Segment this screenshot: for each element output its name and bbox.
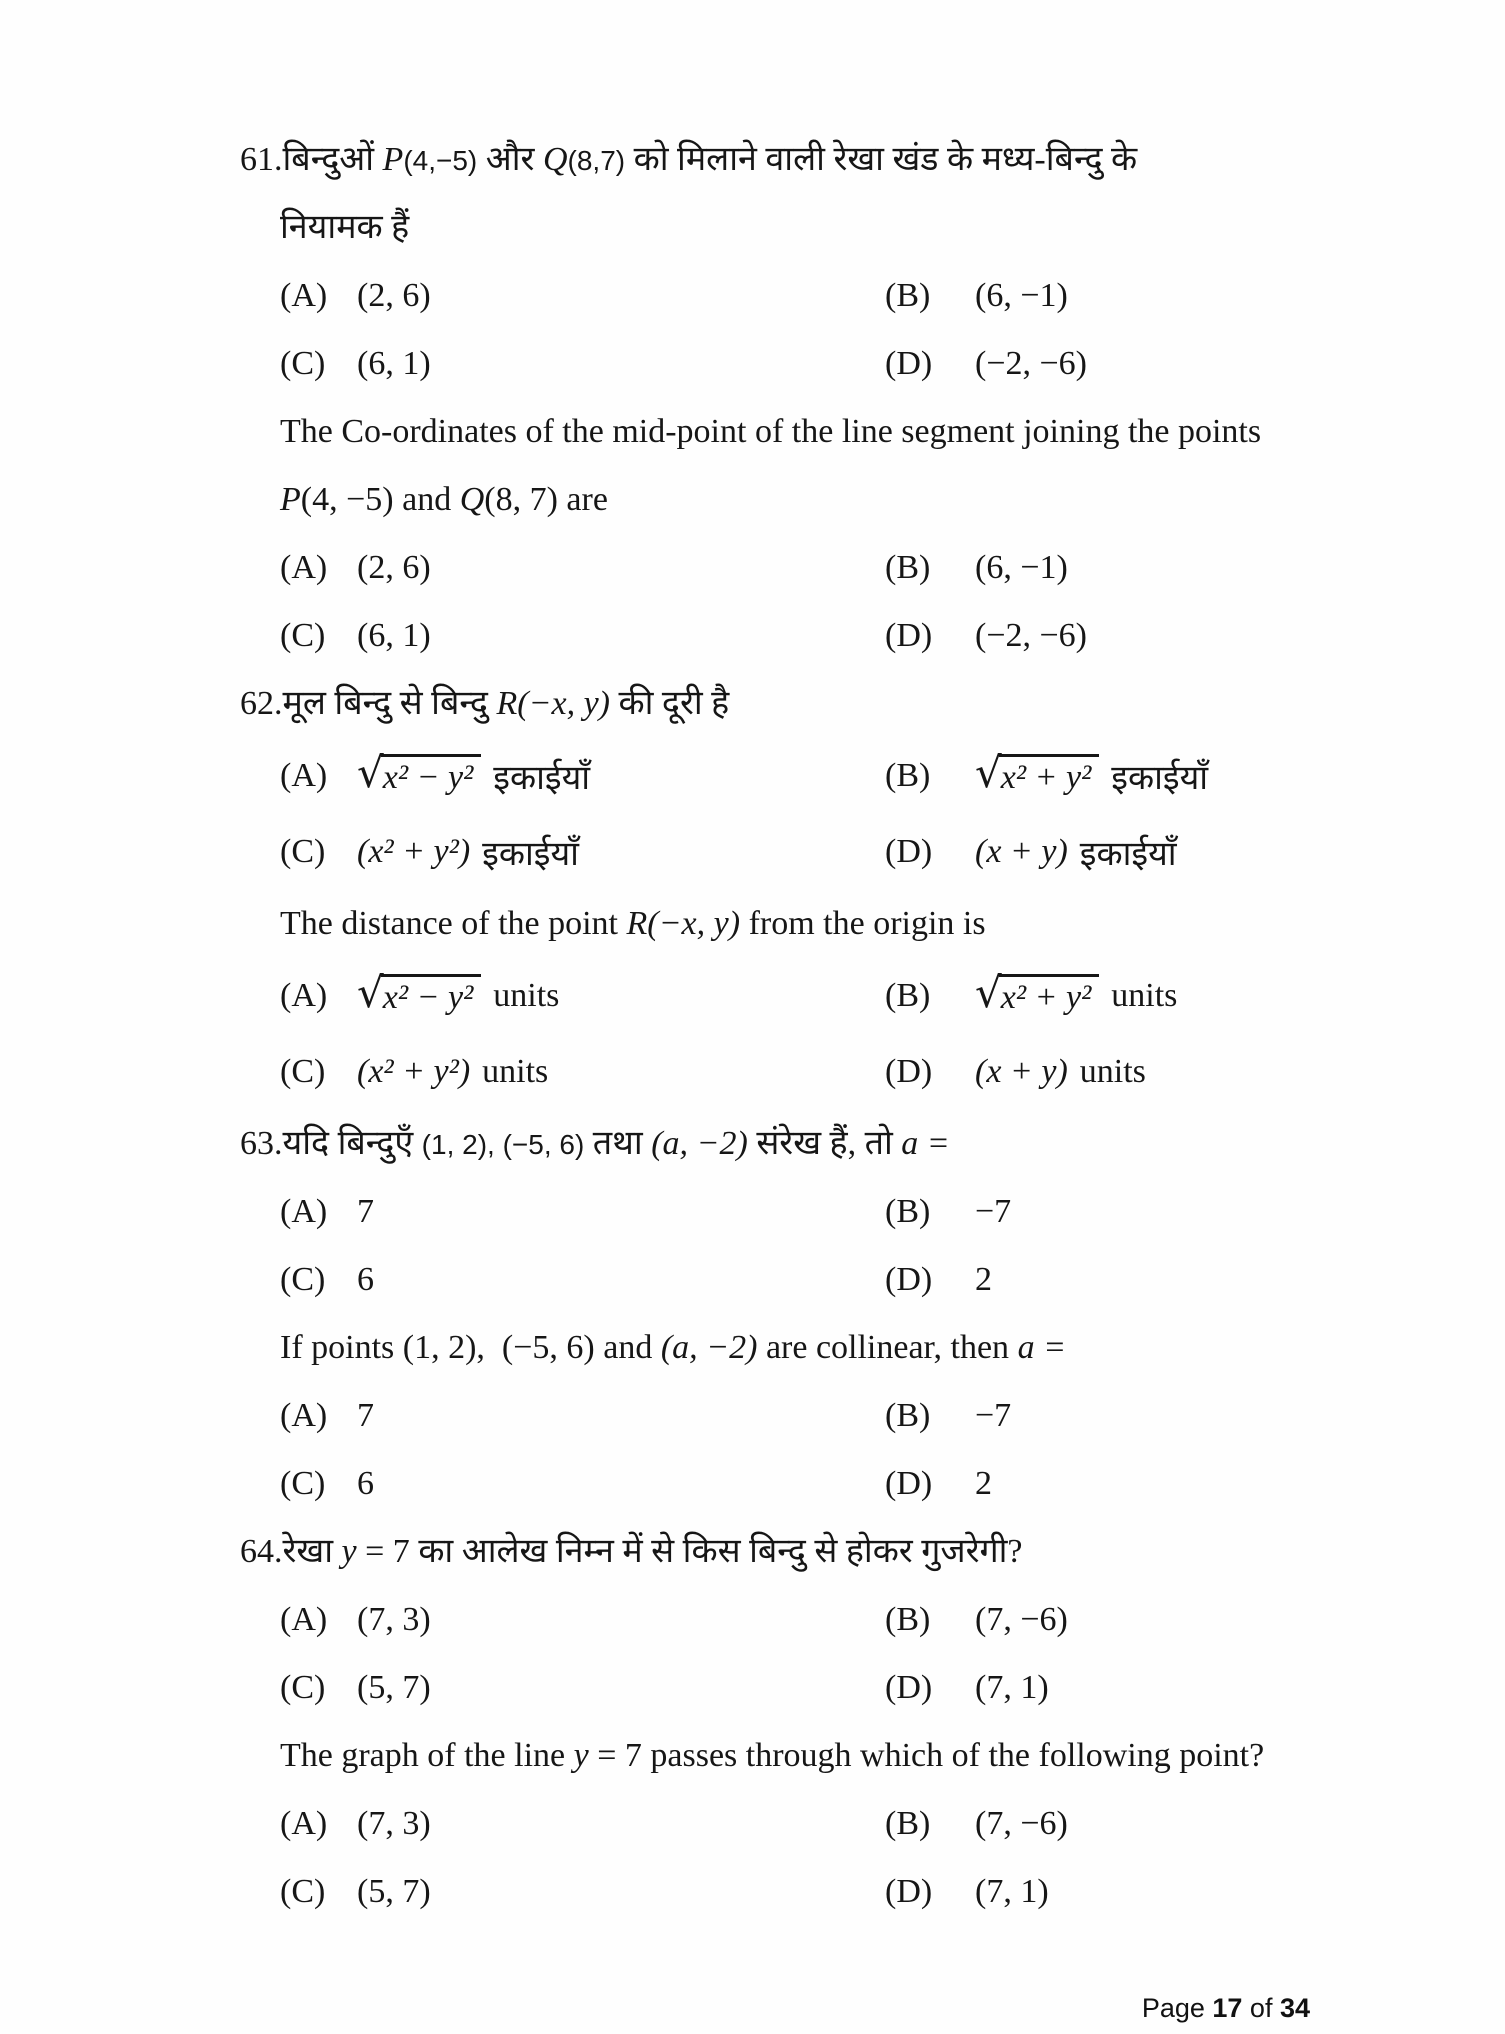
coordinate-segment: (4,−5) xyxy=(403,145,477,176)
option-value: (−2, −6) xyxy=(975,345,1087,383)
q61-hindi-options-row-AB: (A)(2, 6) (B)(6, −1) xyxy=(0,262,1505,330)
math-segment: = 7 xyxy=(589,1737,642,1774)
footer-total-pages: 34 xyxy=(1280,1993,1310,2023)
q63-hindi-options-row-CD: (C)6 (D)2 xyxy=(0,1246,1505,1314)
sqrt-overline-expression: x² − y² xyxy=(381,974,482,1018)
option-letter: (C) xyxy=(280,617,357,655)
option-letter: (D) xyxy=(885,1053,975,1091)
option-letter: (A) xyxy=(280,1601,357,1639)
option-61D-english: (D)(−2, −6) xyxy=(885,617,1087,655)
option-value: (7, −6) xyxy=(975,1805,1068,1843)
option-value: 6 xyxy=(357,1261,374,1299)
unit-suffix: इकाईयाँ xyxy=(1099,753,1208,799)
footer-of-word: of xyxy=(1242,1993,1280,2023)
option-value: √x² − y²इकाईयाँ xyxy=(357,753,590,799)
option-value: 6 xyxy=(357,1465,374,1503)
option-letter: (B) xyxy=(885,977,975,1015)
q62-hindi-options-row-AB: (A)√x² − y²इकाईयाँ (B)√x² + y²इकाईयाँ xyxy=(0,738,1505,814)
option-letter: (C) xyxy=(280,1053,357,1091)
question-62-english-line: The distance of the point R(−x, y) from … xyxy=(0,890,1505,958)
option-61B-english: (B)(6, −1) xyxy=(885,549,1068,587)
sqrt-expression: √x² − y² xyxy=(357,754,481,798)
unit-suffix: units xyxy=(481,977,559,1015)
question-61-english-line2: P(4, −5) and Q(8, 7) are xyxy=(0,466,1505,534)
math-segment: a = xyxy=(1018,1329,1066,1366)
option-letter: (A) xyxy=(280,549,357,587)
question-text-segment: The distance of the point xyxy=(280,905,627,942)
footer-page-word: Page xyxy=(1142,1993,1213,2023)
option-letter: (D) xyxy=(885,1465,975,1503)
option-value: −7 xyxy=(975,1397,1011,1435)
option-63B-hindi: (B)−7 xyxy=(885,1193,1011,1231)
option-64A-hindi: (A)(7, 3) xyxy=(280,1601,885,1639)
option-63D-hindi: (D)2 xyxy=(885,1261,992,1299)
option-letter: (A) xyxy=(280,1397,357,1435)
option-value: (−2, −6) xyxy=(975,617,1087,655)
question-text-segment: का आलेख निम्न में से किस बिन्दु से होकर … xyxy=(410,1533,1023,1570)
q61-english-options-row-AB: (A)(2, 6) (B)(6, −1) xyxy=(0,534,1505,602)
sqrt-expression: √x² + y² xyxy=(975,754,1099,798)
q63-english-options-row-AB: (A)7 (B)−7 xyxy=(0,1382,1505,1450)
option-letter: (C) xyxy=(280,1465,357,1503)
question-number: 61. xyxy=(240,141,283,178)
coordinate-segment: (4, −5) xyxy=(301,481,394,518)
math-segment: P xyxy=(383,141,404,178)
question-text-segment: संरेख हैं, तो xyxy=(748,1125,901,1162)
option-value: 7 xyxy=(357,1397,374,1435)
question-64-english-line: The graph of the line y = 7 passes throu… xyxy=(0,1722,1505,1790)
option-letter: (B) xyxy=(885,1397,975,1435)
option-letter: (C) xyxy=(280,833,357,871)
option-value: (6, 1) xyxy=(357,345,431,383)
option-letter: (A) xyxy=(280,977,357,1015)
option-64C-hindi: (C)(5, 7) xyxy=(280,1669,885,1707)
option-letter: (A) xyxy=(280,1805,357,1843)
radical-sign-icon: √ xyxy=(357,752,384,794)
option-64D-hindi: (D)(7, 1) xyxy=(885,1669,1049,1707)
option-value: (7, 3) xyxy=(357,1805,431,1843)
math-segment: Q xyxy=(460,481,485,518)
unit-suffix: units xyxy=(470,1053,548,1091)
unit-suffix: इकाईयाँ xyxy=(1068,829,1177,875)
sqrt-overline-expression: x² + y² xyxy=(999,974,1100,1018)
question-63-hindi-line: 63.यदि बिन्दुएँ (1, 2), (−5, 6) तथा (a, … xyxy=(0,1110,1505,1178)
math-segment: Q xyxy=(543,141,568,178)
question-text-segment: are collinear, then xyxy=(757,1329,1017,1366)
math-expression: (x + y) xyxy=(975,1053,1068,1091)
option-63C-hindi: (C)6 xyxy=(280,1261,885,1299)
question-text-segment: और xyxy=(477,141,543,178)
option-62B-hindi: (B)√x² + y²इकाईयाँ xyxy=(885,753,1208,799)
question-text-segment: बिन्दुओं xyxy=(283,141,383,178)
option-62C-english: (C)(x² + y²)units xyxy=(280,1053,885,1091)
q64-hindi-options-row-CD: (C)(5, 7) (D)(7, 1) xyxy=(0,1654,1505,1722)
question-text-segment: If points xyxy=(280,1329,403,1366)
math-segment: R(−x, y) xyxy=(627,905,741,942)
coordinate-segment: (1, 2), (−5, 6) xyxy=(403,1329,595,1366)
option-value: (5, 7) xyxy=(357,1669,431,1707)
option-64C-english: (C)(5, 7) xyxy=(280,1873,885,1911)
radical-sign-icon: √ xyxy=(357,972,384,1014)
footer-page-number: 17 xyxy=(1212,1993,1242,2023)
unit-suffix: units xyxy=(1068,1053,1146,1091)
option-letter: (B) xyxy=(885,757,975,795)
q64-hindi-options-row-AB: (A)(7, 3) (B)(7, −6) xyxy=(0,1586,1505,1654)
q63-english-options-row-CD: (C)6 (D)2 xyxy=(0,1450,1505,1518)
option-value: (x + y)इकाईयाँ xyxy=(975,829,1177,875)
exam-question-page: 61.बिन्दुओं P(4,−5) और Q(8,7) को मिलाने … xyxy=(0,0,1505,2034)
q62-english-options-row-AB: (A)√x² − y²units (B)√x² + y²units xyxy=(0,958,1505,1034)
option-64B-hindi: (B)(7, −6) xyxy=(885,1601,1068,1639)
option-63D-english: (D)2 xyxy=(885,1465,992,1503)
option-letter: (C) xyxy=(280,1669,357,1707)
option-letter: (D) xyxy=(885,833,975,871)
unit-suffix: इकाईयाँ xyxy=(470,829,579,875)
math-segment: y xyxy=(342,1533,357,1570)
question-text-segment: The Co-ordinates of the mid-point of the… xyxy=(280,413,1261,450)
option-letter: (B) xyxy=(885,1193,975,1231)
q63-hindi-options-row-AB: (A)7 (B)−7 xyxy=(0,1178,1505,1246)
option-value: 2 xyxy=(975,1261,992,1299)
q64-english-options-row-AB: (A)(7, 3) (B)(7, −6) xyxy=(0,1790,1505,1858)
coordinate-segment: (8, 7) xyxy=(484,481,558,518)
option-62B-english: (B)√x² + y²units xyxy=(885,974,1177,1018)
option-63B-english: (B)−7 xyxy=(885,1397,1011,1435)
option-64D-english: (D)(7, 1) xyxy=(885,1873,1049,1911)
q62-english-options-row-CD: (C)(x² + y²)units (D)(x + y)units xyxy=(0,1034,1505,1110)
option-value: (5, 7) xyxy=(357,1873,431,1911)
option-value: (6, −1) xyxy=(975,277,1068,315)
option-value: √x² + y²इकाईयाँ xyxy=(975,753,1208,799)
question-text-segment: की दूरी है xyxy=(610,685,729,722)
option-value: (x² + y²)इकाईयाँ xyxy=(357,829,579,875)
option-letter: (B) xyxy=(885,549,975,587)
option-value: (7, 1) xyxy=(975,1669,1049,1707)
option-61C-english: (C)(6, 1) xyxy=(280,617,885,655)
question-61-hindi-line1: 61.बिन्दुओं P(4,−5) और Q(8,7) को मिलाने … xyxy=(0,126,1505,194)
option-letter: (B) xyxy=(885,1805,975,1843)
math-segment: R(−x, y) xyxy=(496,685,610,722)
question-text-segment: रेखा xyxy=(283,1533,342,1570)
option-61B-hindi: (B)(6, −1) xyxy=(885,277,1068,315)
q64-english-options-row-CD: (C)(5, 7) (D)(7, 1) xyxy=(0,1858,1505,1926)
question-text-segment: and xyxy=(394,481,460,518)
option-letter: (A) xyxy=(280,1193,357,1231)
option-value: 7 xyxy=(357,1193,374,1231)
math-segment: a = xyxy=(901,1125,949,1162)
question-number: 64. xyxy=(240,1533,283,1570)
q61-english-options-row-CD: (C)(6, 1) (D)(−2, −6) xyxy=(0,602,1505,670)
math-expression: (x² + y²) xyxy=(357,1053,470,1091)
question-62-hindi-line: 62.मूल बिन्दु से बिन्दु R(−x, y) की दूरी… xyxy=(0,670,1505,738)
option-value: (x² + y²)units xyxy=(357,1053,548,1091)
sqrt-overline-expression: x² + y² xyxy=(999,754,1100,798)
option-letter: (D) xyxy=(885,1873,975,1911)
coordinate-segment: (1, 2), (−5, 6) xyxy=(422,1129,585,1160)
option-value: (7, 3) xyxy=(357,1601,431,1639)
math-segment: (a, −2) xyxy=(651,1125,748,1162)
q61-hindi-options-row-CD: (C)(6, 1) (D)(−2, −6) xyxy=(0,330,1505,398)
option-62A-english: (A)√x² − y²units xyxy=(280,974,885,1018)
question-61-hindi-line2: नियामक हैं xyxy=(0,194,1505,262)
option-62C-hindi: (C)(x² + y²)इकाईयाँ xyxy=(280,829,885,875)
question-text-segment: तथा xyxy=(584,1125,651,1162)
option-62D-english: (D)(x + y)units xyxy=(885,1053,1146,1091)
question-text-segment: and xyxy=(595,1329,661,1366)
radical-sign-icon: √ xyxy=(975,972,1002,1014)
unit-suffix: इकाईयाँ xyxy=(481,753,590,799)
option-63C-english: (C)6 xyxy=(280,1465,885,1503)
question-64-hindi-line: 64.रेखा y = 7 का आलेख निम्न में से किस ब… xyxy=(0,1518,1505,1586)
option-61A-hindi: (A)(2, 6) xyxy=(280,277,885,315)
radical-sign-icon: √ xyxy=(975,752,1002,794)
question-number: 62. xyxy=(240,685,283,722)
option-61D-hindi: (D)(−2, −6) xyxy=(885,345,1087,383)
question-text-segment: को मिलाने वाली रेखा खंड के मध्य-बिन्दु क… xyxy=(625,141,1137,178)
unit-suffix: units xyxy=(1099,977,1177,1015)
question-number: 63. xyxy=(240,1125,283,1162)
option-letter: (D) xyxy=(885,1669,975,1707)
option-61A-english: (A)(2, 6) xyxy=(280,549,885,587)
option-value: (2, 6) xyxy=(357,277,431,315)
math-expression: (x² + y²) xyxy=(357,833,470,871)
page-footer: Page 17 of 34 xyxy=(1142,1990,1310,2026)
sqrt-expression: √x² − y² xyxy=(357,974,481,1018)
option-value: (7, −6) xyxy=(975,1601,1068,1639)
question-63-english-line: If points (1, 2), (−5, 6) and (a, −2) ar… xyxy=(0,1314,1505,1382)
question-text-segment: यदि बिन्दुएँ xyxy=(283,1125,422,1162)
question-61-english-line1: The Co-ordinates of the mid-point of the… xyxy=(0,398,1505,466)
option-value: (6, 1) xyxy=(357,617,431,655)
option-62D-hindi: (D)(x + y)इकाईयाँ xyxy=(885,829,1177,875)
question-text-segment: The graph of the line xyxy=(280,1737,574,1774)
question-text-segment: are xyxy=(558,481,608,518)
math-segment: = 7 xyxy=(357,1533,410,1570)
question-text-segment: from the origin is xyxy=(740,905,986,942)
option-62A-hindi: (A)√x² − y²इकाईयाँ xyxy=(280,753,885,799)
option-64A-english: (A)(7, 3) xyxy=(280,1805,885,1843)
option-letter: (B) xyxy=(885,277,975,315)
option-letter: (C) xyxy=(280,345,357,383)
option-letter: (C) xyxy=(280,1261,357,1299)
option-letter: (A) xyxy=(280,757,357,795)
math-expression: (x + y) xyxy=(975,833,1068,871)
option-letter: (D) xyxy=(885,1261,975,1299)
option-64B-english: (B)(7, −6) xyxy=(885,1805,1068,1843)
coordinate-segment: (8,7) xyxy=(568,145,626,176)
option-63A-english: (A)7 xyxy=(280,1397,885,1435)
option-value: −7 xyxy=(975,1193,1011,1231)
option-value: (6, −1) xyxy=(975,549,1068,587)
option-value: (7, 1) xyxy=(975,1873,1049,1911)
question-text-segment: मूल बिन्दु से बिन्दु xyxy=(283,685,497,722)
sqrt-overline-expression: x² − y² xyxy=(381,754,482,798)
option-value: √x² + y²units xyxy=(975,974,1177,1018)
option-letter: (D) xyxy=(885,345,975,383)
option-value: 2 xyxy=(975,1465,992,1503)
option-letter: (D) xyxy=(885,617,975,655)
option-letter: (B) xyxy=(885,1601,975,1639)
question-text-segment: नियामक हैं xyxy=(280,209,409,246)
option-value: (2, 6) xyxy=(357,549,431,587)
math-segment: P xyxy=(280,481,301,518)
question-text-segment: passes through which of the following po… xyxy=(642,1737,1264,1774)
option-63A-hindi: (A)7 xyxy=(280,1193,885,1231)
option-value: √x² − y²units xyxy=(357,974,559,1018)
sqrt-expression: √x² + y² xyxy=(975,974,1099,1018)
option-value: (x + y)units xyxy=(975,1053,1146,1091)
math-segment: (a, −2) xyxy=(661,1329,758,1366)
q62-hindi-options-row-CD: (C)(x² + y²)इकाईयाँ (D)(x + y)इकाईयाँ xyxy=(0,814,1505,890)
option-61C-hindi: (C)(6, 1) xyxy=(280,345,885,383)
option-letter: (C) xyxy=(280,1873,357,1911)
option-letter: (A) xyxy=(280,277,357,315)
math-segment: y xyxy=(574,1737,589,1774)
